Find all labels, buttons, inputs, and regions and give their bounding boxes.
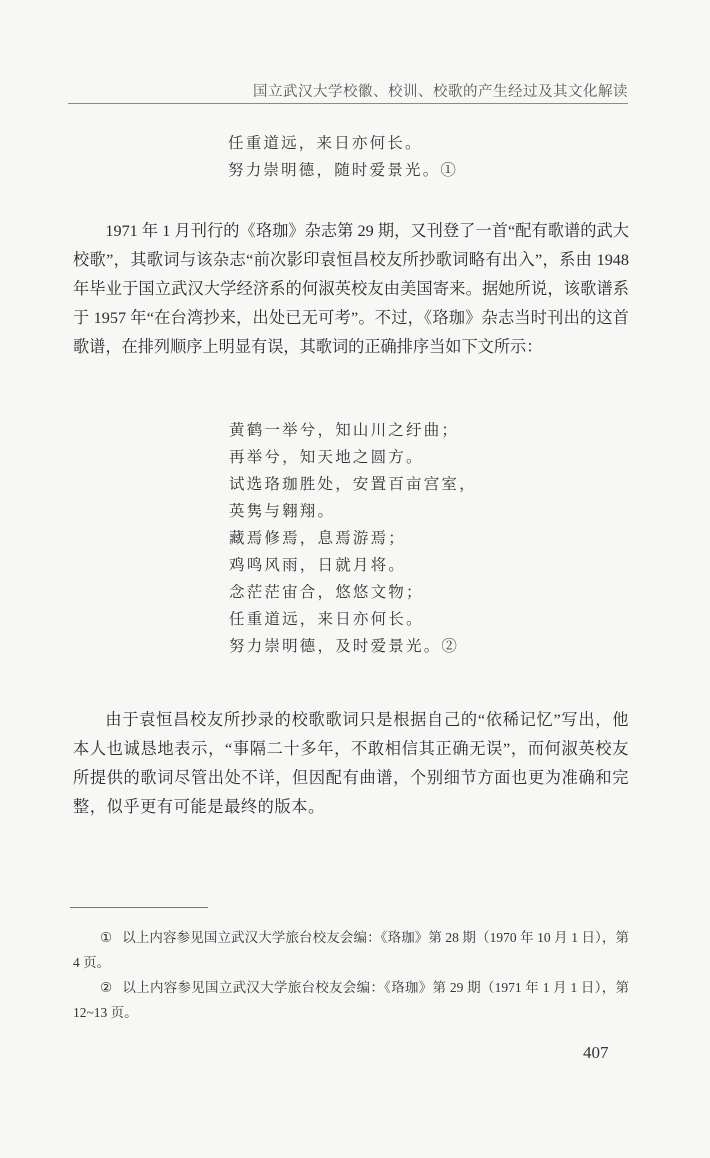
footnotes: ①以上内容参见国立武汉大学旅台校友会编：《珞珈》第 28 期（1970 年 10…	[73, 925, 629, 1025]
verse-line: 藏焉修焉，息焉游焉；	[229, 525, 477, 552]
verse-line: 念茫茫宙合，悠悠文物；	[229, 579, 477, 606]
footnote-text: 以上内容参见国立武汉大学旅台校友会编：《珞珈》第 29 期（1971 年 1 月…	[73, 980, 629, 1020]
footnote-marker: ①	[100, 930, 112, 945]
footnote-text: 以上内容参见国立武汉大学旅台校友会编：《珞珈》第 28 期（1970 年 10 …	[73, 930, 629, 970]
verse-line: 努力崇明德，及时爱景光。②	[229, 633, 477, 660]
verse-line: 黄鹤一举兮，知山川之纡曲；	[229, 417, 477, 444]
body-paragraph-2: 由于袁恒昌校友所抄录的校歌歌词只是根据自己的“依稀记忆”写出，他本人也诚恳地表示…	[73, 706, 629, 822]
running-head-title: 国立武汉大学校徽、校训、校歌的产生经过及其文化解读	[68, 80, 628, 101]
footnote-marker: ②	[100, 980, 112, 995]
header-rule	[68, 103, 628, 104]
verse-line: 鸡鸣风雨，日就月将。	[229, 552, 477, 579]
page-number: 407	[583, 1043, 609, 1063]
footnote-1: ①以上内容参见国立武汉大学旅台校友会编：《珞珈》第 28 期（1970 年 10…	[73, 925, 629, 975]
verse-line: 英隽与翱翔。	[229, 498, 477, 525]
book-page: 国立武汉大学校徽、校训、校歌的产生经过及其文化解读 任重道远，来日亦何长。 努力…	[0, 0, 710, 1158]
footnote-separator	[70, 907, 208, 908]
verse-line: 试选珞珈胜处，安置百亩宫室，	[229, 471, 477, 498]
verse-line: 再举兮，知天地之圆方。	[229, 444, 477, 471]
body-paragraph-1: 1971 年 1 月刊行的《珞珈》杂志第 29 期，又刊登了一首“配有歌谱的武大…	[73, 217, 629, 362]
verse-line: 任重道远，来日亦何长。	[229, 606, 477, 633]
verse-block-school-song: 黄鹤一举兮，知山川之纡曲； 再举兮，知天地之圆方。 试选珞珈胜处，安置百亩宫室，…	[229, 417, 477, 660]
verse-line: 任重道远，来日亦何长。	[228, 130, 458, 157]
footnote-2: ②以上内容参见国立武汉大学旅台校友会编：《珞珈》第 29 期（1971 年 1 …	[73, 975, 629, 1025]
verse-block-continued: 任重道远，来日亦何长。 努力崇明德，随时爱景光。①	[228, 130, 458, 184]
verse-line: 努力崇明德，随时爱景光。①	[228, 157, 458, 184]
